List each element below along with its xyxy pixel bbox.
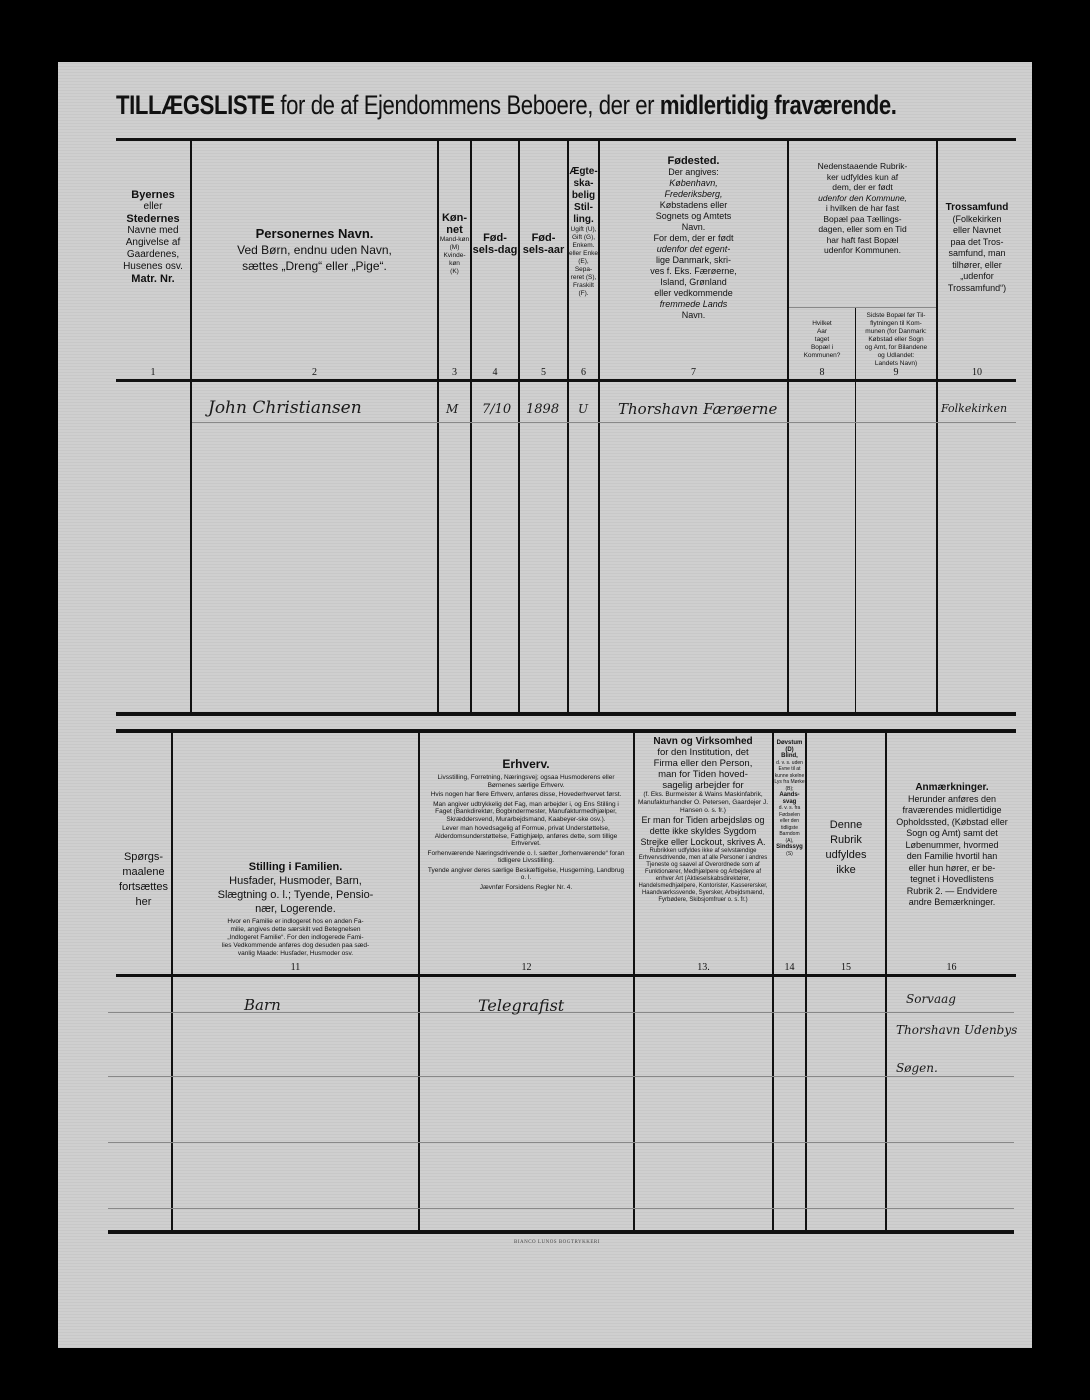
lower-col-divider-14-15 bbox=[805, 733, 807, 1230]
col-8-9-subheader-rule bbox=[789, 307, 936, 308]
lower-top-rule bbox=[116, 729, 1016, 733]
col-divider-4-5 bbox=[518, 141, 520, 712]
col-2-header: Personernes Navn. Ved Børn, endnu uden N… bbox=[192, 226, 437, 274]
col-num-3: 3 bbox=[439, 367, 470, 378]
col-10-header: Trossamfund (Folkekirken eller Navnet pa… bbox=[938, 202, 1016, 294]
col-1-header: Byernes eller Stedernes Navne med Angive… bbox=[116, 189, 190, 285]
title-bold-tillaegsliste: TILLÆGSLISTE bbox=[116, 90, 275, 120]
col-num-12: 12 bbox=[420, 962, 633, 973]
lower-col-divider-11-12 bbox=[418, 733, 420, 1230]
lower-header-rule bbox=[116, 974, 1016, 977]
col-num-10: 10 bbox=[938, 367, 1016, 378]
remarks-line-1[interactable]: Sorvaag bbox=[906, 992, 956, 1006]
col-8-header: Hvilket Aar taget Bopæl i Kommunen? bbox=[789, 320, 855, 360]
col-num-16: 16 bbox=[887, 962, 1016, 973]
birthplace-cell[interactable]: Thorshavn Færøerne bbox=[618, 400, 777, 418]
lower-col-divider-side-11 bbox=[171, 733, 173, 1230]
printer-mark: BIANCO LUNOS BOGTRYKKERI bbox=[514, 1240, 600, 1245]
col-5-header: Fød-sels-aar bbox=[520, 232, 567, 256]
col-4-header: Fød-sels-dag bbox=[472, 232, 518, 256]
birth-day-cell[interactable]: 7/10 bbox=[482, 402, 511, 417]
col-num-11: 11 bbox=[173, 962, 418, 973]
col-num-1: 1 bbox=[116, 367, 190, 378]
col-16-header: Anmærkninger. Herunder anføres den fravæ… bbox=[888, 782, 1016, 909]
lower-col-divider-15-16 bbox=[885, 733, 887, 1230]
col-num-8: 8 bbox=[789, 367, 855, 378]
upper-header-rule bbox=[116, 379, 1016, 382]
col-14-header: Døvstum (D) Blind, d. v. s. uden Evne ti… bbox=[774, 740, 805, 857]
col-13-header: Navn og Virksomhed for den Institution, … bbox=[636, 736, 770, 904]
family-position-cell[interactable]: Barn bbox=[244, 996, 281, 1014]
col-num-7: 7 bbox=[600, 367, 787, 378]
col-num-6: 6 bbox=[569, 367, 598, 378]
col-11-header: Stilling i Familien. Husfader, Husmoder,… bbox=[173, 860, 418, 958]
remarks-line-3[interactable]: Søgen. bbox=[896, 1061, 938, 1075]
lower-col-divider-12-13 bbox=[633, 733, 635, 1230]
lower-bottom-rule bbox=[108, 1230, 1014, 1234]
col-7-header: Fødested. Der angives: København, Freder… bbox=[600, 156, 787, 321]
col-num-14: 14 bbox=[774, 962, 805, 973]
lower-row-rule-3 bbox=[108, 1142, 1014, 1143]
upper-row-rule bbox=[192, 422, 1016, 423]
side-note: Spørgs- maalene fortsættes her bbox=[116, 850, 171, 910]
col-num-4: 4 bbox=[472, 367, 518, 378]
col-9-header: Sidste Bopæl før Til- flytningen til Kom… bbox=[856, 312, 936, 368]
religion-cell[interactable]: Folkekirken bbox=[941, 402, 1007, 415]
form-title: TILLÆGSLISTE for de af Ejendommens Beboe… bbox=[116, 90, 870, 130]
col-15-header: Denne Rubrik udfyldes ikke bbox=[807, 818, 885, 878]
lower-row-rule-4 bbox=[108, 1208, 1014, 1209]
col-6-header: Ægte-ska-belig Stil-ling. Ugift (U), Gif… bbox=[569, 166, 598, 298]
col-num-13: 13. bbox=[635, 962, 772, 973]
person-name-cell[interactable]: John Christiansen bbox=[208, 398, 362, 418]
title-bold-fravaerende: midlertidig fraværende. bbox=[660, 90, 897, 120]
upper-top-rule bbox=[116, 138, 1016, 141]
lower-row-rule-2 bbox=[108, 1076, 1014, 1077]
upper-bottom-rule bbox=[116, 712, 1016, 716]
col-8-9-group-note: Nedenstaaende Rubrik- ker udfyldes kun a… bbox=[789, 161, 936, 256]
col-num-15: 15 bbox=[807, 962, 885, 973]
col-3-header: Køn-net Mand-køn (M) Kvinde-køn (K) bbox=[439, 212, 470, 276]
title-regular: for de af Ejendommens Beboere, der er bbox=[275, 90, 660, 120]
col-num-5: 5 bbox=[520, 367, 567, 378]
col-12-header: Erhverv. Livsstilling, Forretning, Nærin… bbox=[426, 756, 626, 891]
birth-year-cell[interactable]: 1898 bbox=[526, 402, 559, 417]
col-divider-3-4 bbox=[470, 141, 472, 712]
remarks-line-2[interactable]: Thorshavn Udenbys bbox=[896, 1023, 1017, 1037]
col-num-9: 9 bbox=[856, 367, 936, 378]
census-form-page: TILLÆGSLISTE for de af Ejendommens Beboe… bbox=[58, 62, 1032, 1348]
marital-status-cell[interactable]: U bbox=[578, 402, 588, 416]
sex-cell[interactable]: M bbox=[446, 402, 458, 416]
occupation-cell[interactable]: Telegrafist bbox=[478, 996, 564, 1015]
col-num-2: 2 bbox=[192, 367, 437, 378]
